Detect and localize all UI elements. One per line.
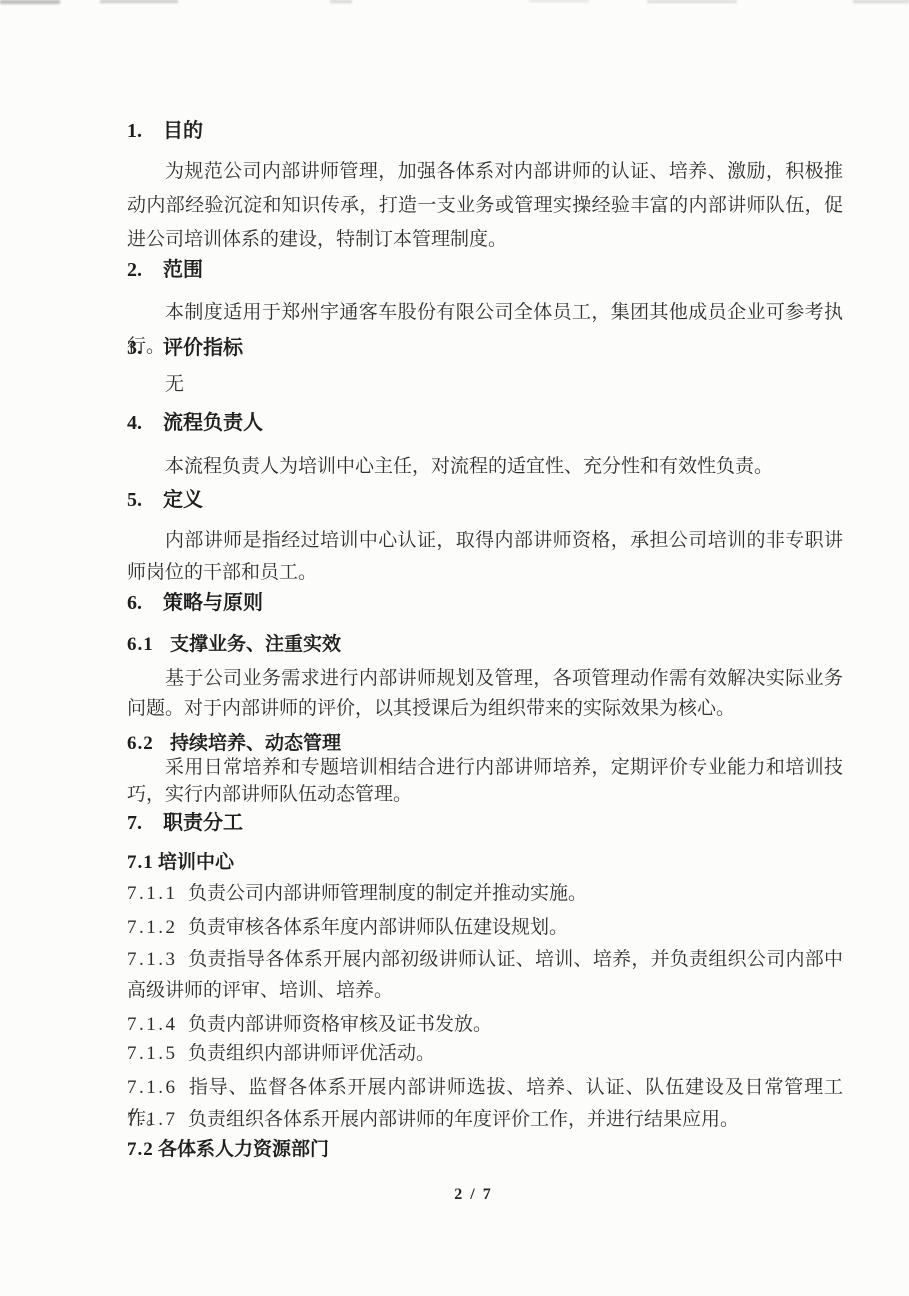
- section-title: 职责分工: [163, 812, 243, 834]
- list-item-number: 7.1.4: [127, 1009, 188, 1040]
- section-title: 流程负责人: [163, 412, 263, 434]
- document-page: 1.目的 为规范公司内部讲师管理，加强各体系对内部讲师的认证、培养、激励，积极推…: [0, 0, 909, 1296]
- section-1-heading: 1.目的: [127, 117, 843, 145]
- section-title: 策略与原则: [163, 592, 263, 614]
- section-1-body: 为规范公司内部讲师管理，加强各体系对内部讲师的认证、培养、激励，积极推动内部经验…: [127, 155, 843, 257]
- list-item: 7.1.1负责公司内部讲师管理制度的制定并推动实施。: [127, 878, 843, 909]
- page-number-footer: 2 / 7: [19, 1186, 909, 1204]
- list-item-number: 7.1.3: [127, 944, 188, 975]
- section-title: 评价指标: [163, 337, 243, 359]
- section-3-body: 无: [127, 368, 843, 402]
- section-title: 定义: [163, 489, 203, 511]
- scan-artifact: [853, 0, 909, 3]
- scan-artifact: [529, 0, 589, 2]
- section-7-1-heading: 7.1培训中心: [127, 849, 843, 876]
- section-title: 支撑业务、注重实效: [170, 634, 341, 655]
- list-item-text: 负责指导各体系开展内部初级讲师认证、培训、培养，并负责组织公司内部中高级讲师的评…: [127, 949, 843, 1001]
- section-title: 持续培养、动态管理: [170, 733, 341, 754]
- section-number: 7.2: [127, 1136, 158, 1163]
- section-number: 7.: [127, 809, 163, 837]
- scan-artifact: [330, 0, 352, 3]
- list-item-text: 负责组织内部讲师评优活动。: [188, 1043, 435, 1064]
- section-3-heading: 3.评价指标: [127, 334, 843, 362]
- list-item-text: 负责公司内部讲师管理制度的制定并推动实施。: [188, 883, 587, 904]
- list-item-number: 7.1.7: [127, 1104, 188, 1135]
- section-6-1-body: 基于公司业务需求进行内部讲师规划及管理，各项管理动作需有效解决实际业务问题。对于…: [127, 664, 843, 724]
- page-number-total: 7: [483, 1186, 493, 1203]
- section-number: 5.: [127, 486, 163, 514]
- section-6-heading: 6.策略与原则: [127, 589, 843, 617]
- list-item: 7.1.5负责组织内部讲师评优活动。: [127, 1038, 843, 1069]
- list-item: 7.1.2负责审核各体系年度内部讲师队伍建设规划。: [127, 912, 843, 943]
- list-item-number: 7.1.5: [127, 1038, 188, 1069]
- list-item-number: 7.1.1: [127, 878, 188, 909]
- section-2-heading: 2.范围: [127, 256, 843, 284]
- section-6-2-body: 采用日常培养和专题培训相结合进行内部讲师培养，定期评价专业能力和培训技巧，实行内…: [127, 754, 843, 808]
- section-title: 各体系人力资源部门: [158, 1139, 329, 1160]
- section-5-body: 内部讲师是指经过培训中心认证，取得内部讲师资格，承担公司培训的非专职讲师岗位的干…: [127, 525, 843, 589]
- section-number: 6.: [127, 589, 163, 617]
- list-item: 7.1.7负责组织各体系开展内部讲师的年度评价工作，并进行结果应用。: [127, 1104, 843, 1135]
- section-6-2-heading: 6.2持续培养、动态管理: [127, 730, 843, 757]
- section-6-1-heading: 6.1支撑业务、注重实效: [127, 631, 843, 658]
- scan-artifact: [100, 0, 178, 3]
- section-number: 6.2: [127, 730, 170, 757]
- list-item-text: 负责内部讲师资格审核及证书发放。: [188, 1014, 492, 1035]
- section-number: 1.: [127, 117, 163, 145]
- list-item-number: 7.1.6: [127, 1072, 188, 1103]
- list-item-number: 7.1.2: [127, 912, 188, 943]
- section-title: 范围: [163, 259, 203, 281]
- section-number: 4.: [127, 409, 163, 437]
- scan-artifact: [0, 0, 60, 4]
- page-number-separator: /: [470, 1186, 476, 1203]
- section-number: 7.1: [127, 849, 158, 876]
- section-number: 3.: [127, 334, 163, 362]
- scan-artifact: [647, 0, 737, 3]
- section-7-heading: 7.职责分工: [127, 809, 843, 837]
- list-item: 7.1.4负责内部讲师资格审核及证书发放。: [127, 1009, 843, 1040]
- page-number-current: 2: [454, 1186, 464, 1203]
- section-5-heading: 5.定义: [127, 486, 843, 514]
- list-item-text: 负责组织各体系开展内部讲师的年度评价工作，并进行结果应用。: [188, 1109, 739, 1130]
- section-number: 2.: [127, 256, 163, 284]
- section-title: 目的: [163, 120, 203, 142]
- section-4-heading: 4.流程负责人: [127, 409, 843, 437]
- list-item-text: 负责审核各体系年度内部讲师队伍建设规划。: [188, 917, 568, 938]
- section-title: 培训中心: [158, 852, 234, 873]
- section-4-body: 本流程负责人为培训中心主任，对流程的适宜性、充分性和有效性负责。: [127, 450, 843, 484]
- section-number: 6.1: [127, 631, 170, 658]
- section-7-2-heading: 7.2各体系人力资源部门: [127, 1136, 843, 1163]
- list-item: 7.1.3负责指导各体系开展内部初级讲师认证、培训、培养，并负责组织公司内部中高…: [127, 944, 843, 1006]
